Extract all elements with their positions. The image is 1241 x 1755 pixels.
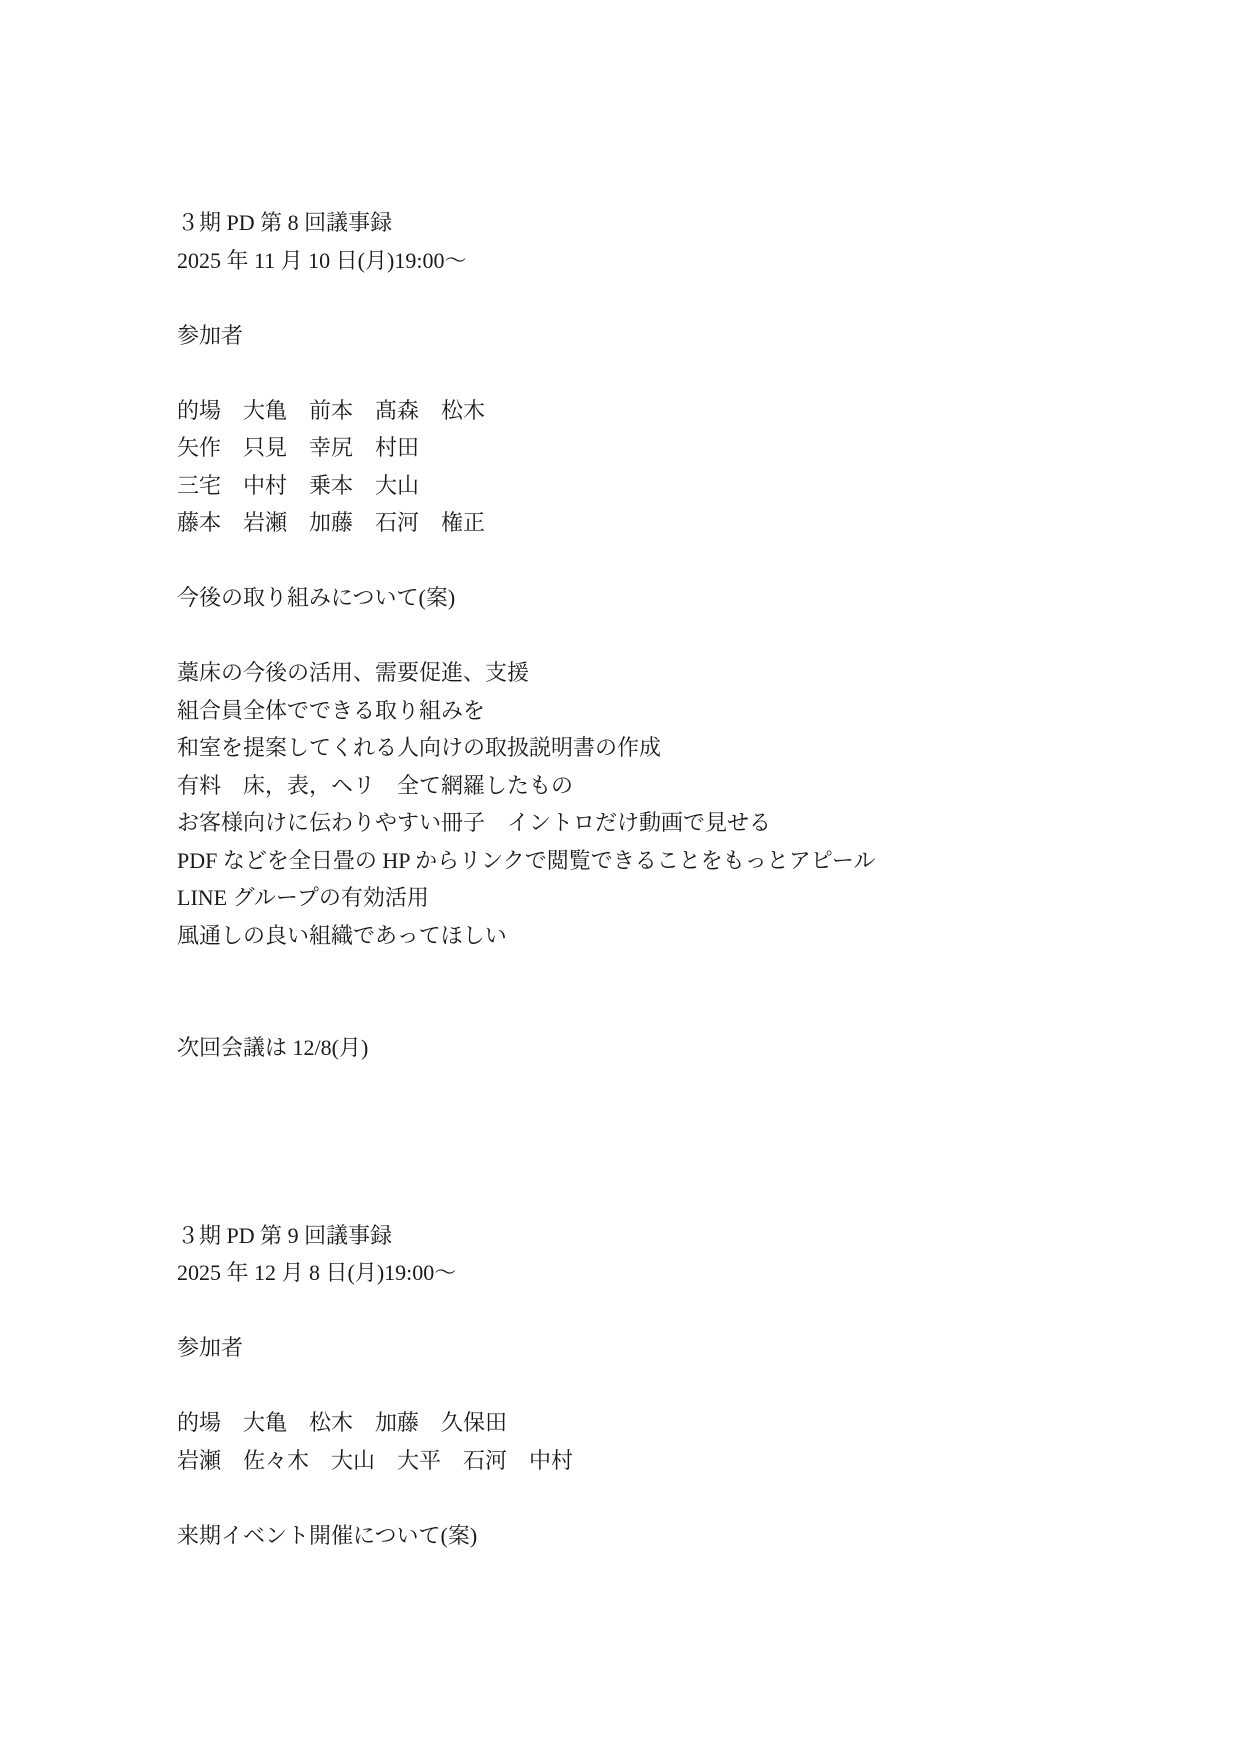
meeting-9-agenda-heading: 来期イベント開催について(案) xyxy=(177,1517,1127,1555)
spacer xyxy=(177,1179,1127,1217)
spacer xyxy=(177,1292,1127,1330)
spacer xyxy=(177,1067,1127,1105)
meeting-8-participants-heading: 参加者 xyxy=(177,317,1127,355)
participant-row: 的場 大亀 松木 加藤 久保田 xyxy=(177,1404,1127,1442)
spacer xyxy=(177,354,1127,392)
note-line: 藁床の今後の活用、需要促進、支援 xyxy=(177,654,1127,692)
meeting-9-datetime: 2025 年 12 月 8 日(月)19:00～ xyxy=(177,1254,1127,1292)
participant-row: 矢作 只見 幸尻 村田 xyxy=(177,429,1127,467)
spacer xyxy=(177,992,1127,1030)
participant-row: 藤本 岩瀬 加藤 石河 権正 xyxy=(177,504,1127,542)
note-line: LINE グループの有効活用 xyxy=(177,879,1127,917)
spacer xyxy=(177,542,1127,580)
participant-row: 的場 大亀 前本 髙森 松木 xyxy=(177,392,1127,430)
meeting-9-minutes: ３期 PD 第 9 回議事録 2025 年 12 月 8 日(月)19:00～ … xyxy=(177,1217,1127,1555)
note-line: 組合員全体でできる取り組みを xyxy=(177,692,1127,730)
spacer xyxy=(177,279,1127,317)
meeting-8-agenda-heading: 今後の取り組みについて(案) xyxy=(177,579,1127,617)
meeting-9-title: ３期 PD 第 9 回議事録 xyxy=(177,1217,1127,1255)
meeting-8-next-meeting: 次回会議は 12/8(月) xyxy=(177,1029,1127,1067)
document-content: ３期 PD 第 8 回議事録 2025 年 11 月 10 日(月)19:00～… xyxy=(177,204,1127,1554)
participant-row: 岩瀬 佐々木 大山 大平 石河 中村 xyxy=(177,1442,1127,1480)
note-line: 風通しの良い組織であってほしい xyxy=(177,917,1127,955)
spacer xyxy=(177,1479,1127,1517)
meeting-8-datetime: 2025 年 11 月 10 日(月)19:00～ xyxy=(177,242,1127,280)
spacer xyxy=(177,954,1127,992)
spacer xyxy=(177,1142,1127,1180)
participant-row: 三宅 中村 乗本 大山 xyxy=(177,467,1127,505)
note-line: PDF などを全日畳の HP からリンクで閲覧できることをもっとアピール xyxy=(177,842,1127,880)
spacer xyxy=(177,1367,1127,1405)
spacer xyxy=(177,617,1127,655)
spacer xyxy=(177,1104,1127,1142)
note-line: 有料 床，表，ヘリ 全て網羅したもの xyxy=(177,767,1127,805)
meeting-8-minutes: ３期 PD 第 8 回議事録 2025 年 11 月 10 日(月)19:00～… xyxy=(177,204,1127,1217)
meeting-8-title: ３期 PD 第 8 回議事録 xyxy=(177,204,1127,242)
meeting-9-participants-heading: 参加者 xyxy=(177,1329,1127,1367)
note-line: お客様向けに伝わりやすい冊子 イントロだけ動画で見せる xyxy=(177,804,1127,842)
document-page: ３期 PD 第 8 回議事録 2025 年 11 月 10 日(月)19:00～… xyxy=(0,0,1241,1755)
note-line: 和室を提案してくれる人向けの取扱説明書の作成 xyxy=(177,729,1127,767)
